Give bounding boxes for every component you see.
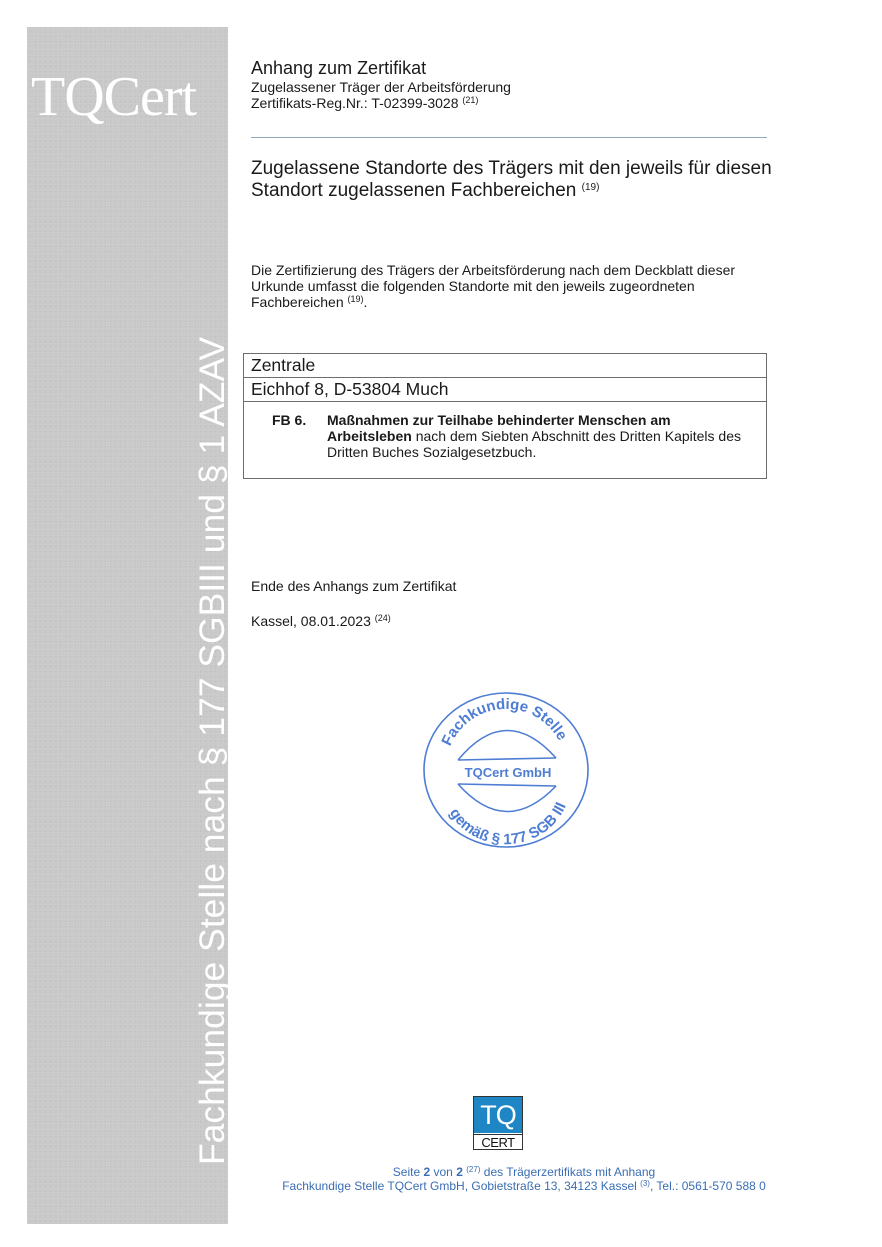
place-date: Kassel, 08.01.2023 (24) [251, 613, 391, 629]
footer-phone: , Tel.: 0561-570 588 0 [650, 1179, 766, 1193]
header-divider [251, 137, 767, 138]
sidebar-band: TQCert Fachkundige Stelle nach § 177 SGB… [27, 27, 228, 1224]
brand-wordmark: TQCert [31, 69, 196, 125]
location-name: Zentrale [244, 354, 766, 378]
place-date-text: Kassel, 08.01.2023 [251, 613, 371, 629]
footer-address-line: Fachkundige Stelle TQCert GmbH, Gobietst… [200, 1179, 848, 1193]
document-header: Anhang zum Zertifikat Zugelassener Träge… [251, 58, 771, 111]
footnote-ref: (3) [640, 1179, 650, 1188]
footer-page-mid: von [430, 1165, 456, 1179]
registration-number: Zertifikats-Reg.Nr.: T-02399-3028 [251, 95, 459, 111]
location-address: Eichhof 8, D-53804 Much [244, 378, 766, 402]
footer-page-line: Seite 2 von 2 (27) des Trägerzertifikats… [200, 1165, 848, 1179]
footer-page-suffix: des Trägerzertifikats mit Anhang [480, 1165, 655, 1179]
intro-punct: . [364, 294, 368, 310]
logo-cert: CERT [474, 1134, 522, 1150]
intro-text: Die Zertifizierung des Trägers der Arbei… [251, 262, 735, 310]
header-registration: Zertifikats-Reg.Nr.: T-02399-3028 (21) [251, 95, 771, 111]
footnote-ref: (24) [375, 613, 391, 623]
section-title: Zugelassene Standorte des Trägers mit de… [251, 158, 781, 202]
stamp-top-text: Fachkundige Stelle [438, 696, 570, 749]
footnote-ref: (19) [348, 294, 364, 304]
footer-page-total: 2 [456, 1165, 463, 1179]
section-title-text: Zugelassene Standorte des Trägers mit de… [251, 158, 772, 201]
logo-tq: TQ [474, 1097, 522, 1133]
svg-text:gemäß § 177 SGB III: gemäß § 177 SGB III [446, 800, 570, 848]
footnote-ref: (21) [462, 95, 478, 105]
location-table: Zentrale Eichhof 8, D-53804 Much FB 6. M… [243, 353, 767, 479]
footnote-ref: (19) [582, 182, 600, 193]
footer-page-prefix: Seite [393, 1165, 424, 1179]
stamp-bottom-text: gemäß § 177 SGB III [446, 800, 570, 848]
header-title: Anhang zum Zertifikat [251, 58, 771, 79]
fachbereich-entry: FB 6. Maßnahmen zur Teilhabe behinderter… [244, 402, 766, 478]
fachbereich-description: Maßnahmen zur Teilhabe behinderter Mensc… [327, 412, 756, 470]
fachbereich-code: FB 6. [272, 412, 327, 470]
sidebar-vertical-caption: Fachkundige Stelle nach § 177 SGBIII und… [195, 337, 231, 1165]
header-subtitle: Zugelassener Träger der Arbeitsförderung [251, 79, 771, 95]
stamp-center-text: TQCert GmbH [465, 765, 552, 780]
footnote-ref: (27) [466, 1165, 480, 1174]
svg-text:Fachkundige Stelle: Fachkundige Stelle [438, 696, 570, 749]
end-of-annex-text: Ende des Anhangs zum Zertifikat [251, 578, 456, 594]
official-stamp-icon: Fachkundige Stelle TQCert GmbH gemäß § 1… [420, 688, 592, 852]
page-footer: Seite 2 von 2 (27) des Trägerzertifikats… [200, 1165, 848, 1193]
footer-address: Fachkundige Stelle TQCert GmbH, Gobietst… [282, 1179, 637, 1193]
intro-paragraph: Die Zertifizierung des Trägers der Arbei… [251, 262, 781, 310]
tqcert-logo: TQ CERT [473, 1096, 523, 1150]
